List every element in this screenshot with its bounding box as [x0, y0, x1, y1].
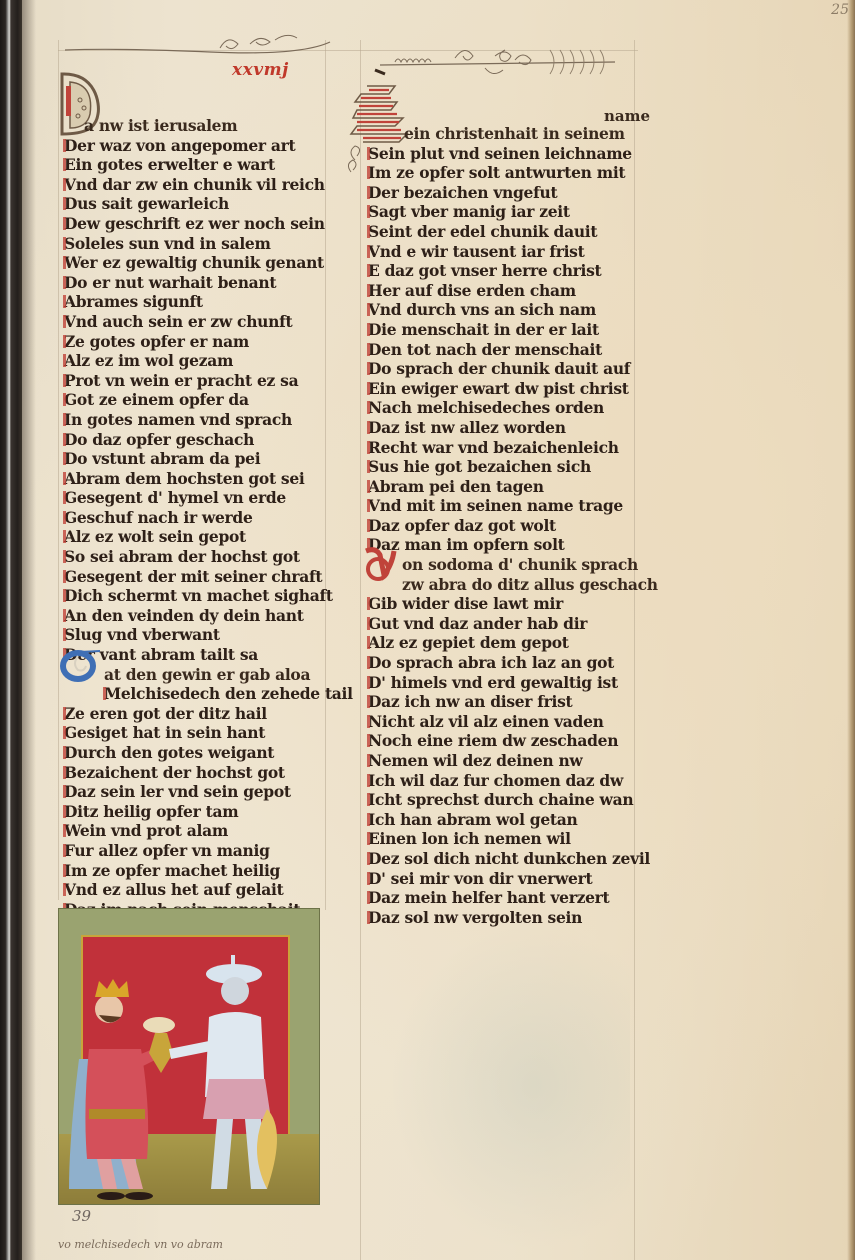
text-line: Durch den gotes weigant: [64, 743, 326, 763]
miniature-figures: [59, 909, 319, 1204]
text-line: Wein vnd prot alam: [64, 821, 326, 841]
knight-figure: [169, 955, 277, 1189]
text-line: Ein gotes erwelter e wart: [64, 155, 326, 175]
text-line: E daz got vnser herre christ: [368, 261, 658, 281]
text-line: Alz ez im wol gezam: [64, 351, 326, 371]
text-line: Vnd e wir tausent iar frist: [368, 242, 658, 262]
text-line: Nemen wil dez deinen nw: [368, 751, 658, 771]
text-line: at den gewin er gab aloa: [64, 665, 326, 685]
text-line: Sagt vber manig iar zeit: [368, 202, 658, 222]
text-line: Daz man im opfern solt: [368, 535, 658, 555]
book-binding: [0, 0, 22, 1260]
text-line: Her auf dise erden cham: [368, 281, 658, 301]
text-line: Ein ewiger ewart dw pist christ: [368, 379, 658, 399]
text-line: Melchisedech den zehede tail: [64, 684, 326, 704]
text-line: Noch eine riem dw zeschaden: [368, 731, 658, 751]
text-line: Dez sol dich nicht dunkchen zevil: [368, 849, 658, 869]
text-line: Gesiget hat in sein hant: [64, 723, 326, 743]
gutter-shadow: [22, 0, 36, 1260]
text-line: In gotes namen vnd sprach: [64, 410, 326, 430]
text-line: Daz mein helfer hant verzert: [368, 888, 658, 908]
text-line: Ze eren got der ditz hail: [64, 704, 326, 724]
text-line: Do er nut warhait benant: [64, 273, 326, 293]
text-line: Abrames sigunft: [64, 292, 326, 312]
page-number: 39: [72, 1207, 91, 1225]
text-line: Die menschait in der er lait: [368, 320, 658, 340]
text-line: a nw ist ierusalem: [64, 116, 326, 136]
text-line: Sein plut vnd seinen leichname: [368, 144, 658, 164]
text-line: Recht war vnd bezaichenleich: [368, 438, 658, 458]
left-text-column: a nw ist ierusalem Der waz von angepomer…: [64, 116, 326, 919]
text-line: Daz ich nw an diser frist: [368, 692, 658, 712]
text-line: on sodoma d' chunik sprach: [368, 555, 658, 575]
red-initial-v: [362, 545, 400, 585]
folio-number: 25: [831, 2, 849, 18]
text-line: Daz sein ler vnd sein gepot: [64, 782, 326, 802]
text-line: Gut vnd daz ander hab dir: [368, 614, 658, 634]
text-line: Ich wil daz fur chomen daz dw: [368, 771, 658, 791]
text-line: Vnd mit im seinen name trage: [368, 496, 658, 516]
text-line: Sus hie got bezaichen sich: [368, 457, 658, 477]
right-text-column: ein christenhait in seinem Sein plut vnd…: [368, 124, 658, 927]
miniature-painting: [58, 908, 320, 1205]
text-line: Do vstunt abram da pei: [64, 449, 326, 469]
text-line: Ich han abram wol getan: [368, 810, 658, 830]
page-edge: [847, 0, 855, 1260]
text-line: Slug vnd vberwant: [64, 625, 326, 645]
manuscript-page: 25 xxvmj a nw ist ierusalem Der waz von …: [0, 0, 855, 1260]
text-line: Bezaichent der hochst got: [64, 763, 326, 783]
text-line: Gesegent d' hymel vn erde: [64, 488, 326, 508]
ink-show-through: [390, 920, 630, 1250]
text-line: Einen lon ich nemen wil: [368, 829, 658, 849]
king-figure: [69, 979, 175, 1200]
catchword: name: [604, 107, 650, 125]
pen-flourish-top-left: [60, 30, 340, 60]
text-line: Alz ez gepiet dem gepot: [368, 633, 658, 653]
text-line: Do daz opfer geschach: [64, 430, 326, 450]
text-line: Vnd ez allus het auf gelait: [64, 880, 326, 900]
ruling-left-outer: [58, 40, 59, 900]
text-line: Abram pei den tagen: [368, 477, 658, 497]
text-line: Der vant abram tailt sa: [64, 645, 326, 665]
text-line: Im ze opfer solt antwurten mit: [368, 163, 658, 183]
text-line: Der bezaichen vngefut: [368, 183, 658, 203]
text-line: zw abra do ditz allus geschach: [368, 575, 658, 595]
blue-initial-g: [60, 648, 102, 682]
text-line: Dich schermt vn machet sighaft: [64, 586, 326, 606]
text-line: Daz opfer daz got wolt: [368, 516, 658, 536]
text-line: Do sprach abra ich laz an got: [368, 653, 658, 673]
ruling-right-outer: [360, 40, 361, 1260]
text-line: Nach melchisedeches orden: [368, 398, 658, 418]
text-line: Wer ez gewaltig chunik genant: [64, 253, 326, 273]
text-line: Fur allez opfer vn manig: [64, 841, 326, 861]
text-line: So sei abram der hochst got: [64, 547, 326, 567]
text-line: Do sprach der chunik dauit auf: [368, 359, 658, 379]
text-line: Den tot nach der menschait: [368, 340, 658, 360]
text-line: Gib wider dise lawt mir: [368, 594, 658, 614]
text-line: Ditz heilig opfer tam: [64, 802, 326, 822]
text-line: Got ze einem opfer da: [64, 390, 326, 410]
text-line: Ze gotes opfer er nam: [64, 332, 326, 352]
text-line: Abram dem hochsten got sei: [64, 469, 326, 489]
text-line: Soleles sun vnd in salem: [64, 234, 326, 254]
text-line: Dew geschrift ez wer noch sein: [64, 214, 326, 234]
marginal-note: vo melchisedech vn vo abram: [58, 1238, 223, 1251]
text-line: Geschuf nach ir werde: [64, 508, 326, 528]
text-line: Daz ist nw allez worden: [368, 418, 658, 438]
text-line: Vnd auch sein er zw chunft: [64, 312, 326, 332]
text-line: ein christenhait in seinem: [368, 124, 658, 144]
text-line: Im ze opfer machet heilig: [64, 861, 326, 881]
text-line: An den veinden dy dein hant: [64, 606, 326, 626]
text-line: D' sei mir von dir vnerwert: [368, 869, 658, 889]
text-line: Prot vn wein er pracht ez sa: [64, 371, 326, 391]
text-line: Vnd dar zw ein chunik vil reich: [64, 175, 326, 195]
text-line: D' himels vnd erd gewaltig ist: [368, 673, 658, 693]
text-line: Alz ez wolt sein gepot: [64, 527, 326, 547]
text-line: Icht sprechst durch chaine wan: [368, 790, 658, 810]
text-line: Gesegent der mit seiner chraft: [64, 567, 326, 587]
chapter-number: xxvmj: [232, 60, 289, 80]
text-line: Seint der edel chunik dauit: [368, 222, 658, 242]
text-line: Vnd durch vns an sich nam: [368, 300, 658, 320]
text-line: Nicht alz vil alz einen vaden: [368, 712, 658, 732]
text-line: Dus sait gewarleich: [64, 194, 326, 214]
text-line: Der waz von angepomer art: [64, 136, 326, 156]
